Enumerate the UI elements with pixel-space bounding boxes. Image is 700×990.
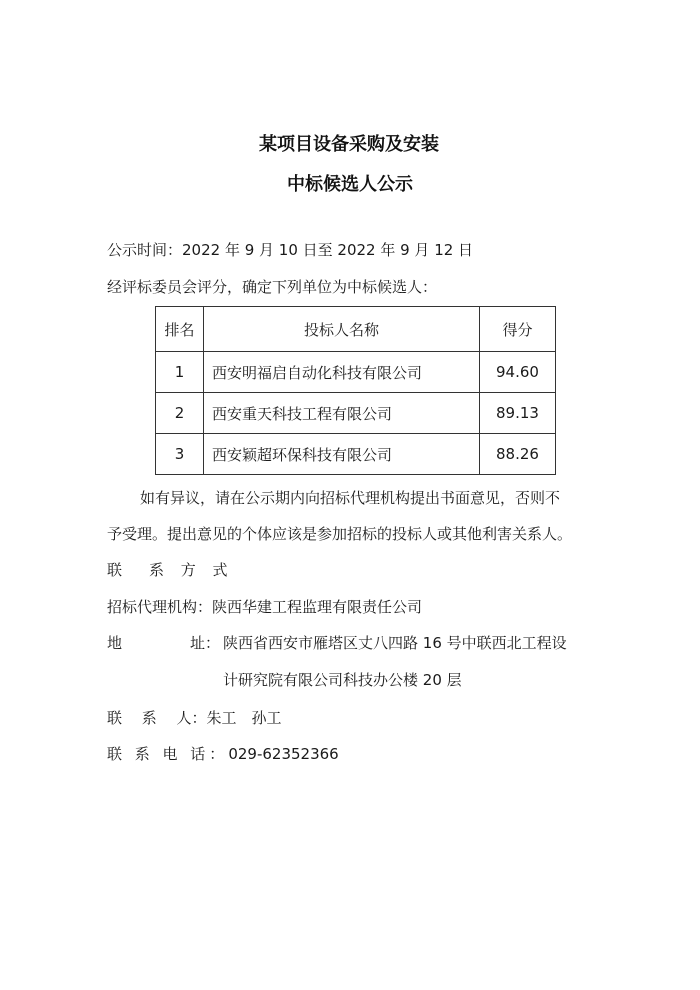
agency-row: 招标代理机构：陕西华建工程监理有限责任公司 <box>107 597 422 617</box>
header-rank: 排名 <box>156 307 204 352</box>
contact-phone-row: 联 系 电 话：029-62352366 <box>107 744 339 764</box>
agency-value: 陕西华建工程监理有限责任公司 <box>212 598 422 616</box>
objection-notice-line1: 如有异议，请在公示期内向招标代理机构提出书面意见，否则不 <box>140 488 560 508</box>
score-cell: 89.13 <box>480 393 556 434</box>
intro-text: 经评标委员会评分，确定下列单位为中标候选人： <box>107 277 437 297</box>
table-row: 2 西安重天科技工程有限公司 89.13 <box>156 393 556 434</box>
table-row: 1 西安明福启自动化科技有限公司 94.60 <box>156 352 556 393</box>
contact-heading: 联 系 方 式 <box>107 560 234 580</box>
address-label-right: 址： <box>190 633 220 653</box>
document-title-line1: 某项目设备采购及安装 <box>259 130 439 156</box>
table-header-row: 排名 投标人名称 得分 <box>156 307 556 352</box>
contact-phone-value: 029-62352366 <box>228 745 338 763</box>
candidate-table: 排名 投标人名称 得分 1 西安明福启自动化科技有限公司 94.60 2 西安重… <box>155 306 556 475</box>
bidder-name-cell: 西安重天科技工程有限公司 <box>204 393 480 434</box>
address-label-left: 地 <box>107 633 122 653</box>
bidder-name-cell: 西安颖超环保科技有限公司 <box>204 434 480 475</box>
agency-label: 招标代理机构： <box>107 598 212 616</box>
header-score: 得分 <box>480 307 556 352</box>
address-line2: 计研究院有限公司科技办公楼 20 层 <box>223 670 462 690</box>
rank-cell: 2 <box>156 393 204 434</box>
rank-cell: 1 <box>156 352 204 393</box>
address-line1: 陕西省西安市雁塔区丈八四路 16 号中联西北工程设 <box>223 633 567 653</box>
contact-person-row: 联 系 人：朱工 孙工 <box>107 708 282 728</box>
score-cell: 94.60 <box>480 352 556 393</box>
score-cell: 88.26 <box>480 434 556 475</box>
table-row: 3 西安颖超环保科技有限公司 88.26 <box>156 434 556 475</box>
document-title-line2: 中标候选人公示 <box>287 170 413 196</box>
bidder-name-cell: 西安明福启自动化科技有限公司 <box>204 352 480 393</box>
objection-notice-line2: 予受理。提出意见的个体应该是参加招标的投标人或其他利害关系人。 <box>107 524 572 544</box>
publicity-period: 公示时间：2022 年 9 月 10 日至 2022 年 9 月 12 日 <box>107 240 473 260</box>
contact-person-label: 联 系 人： <box>107 709 207 727</box>
rank-cell: 3 <box>156 434 204 475</box>
contact-person-value: 朱工 孙工 <box>207 709 282 727</box>
contact-phone-label: 联 系 电 话： <box>107 745 228 763</box>
header-bidder-name: 投标人名称 <box>204 307 480 352</box>
